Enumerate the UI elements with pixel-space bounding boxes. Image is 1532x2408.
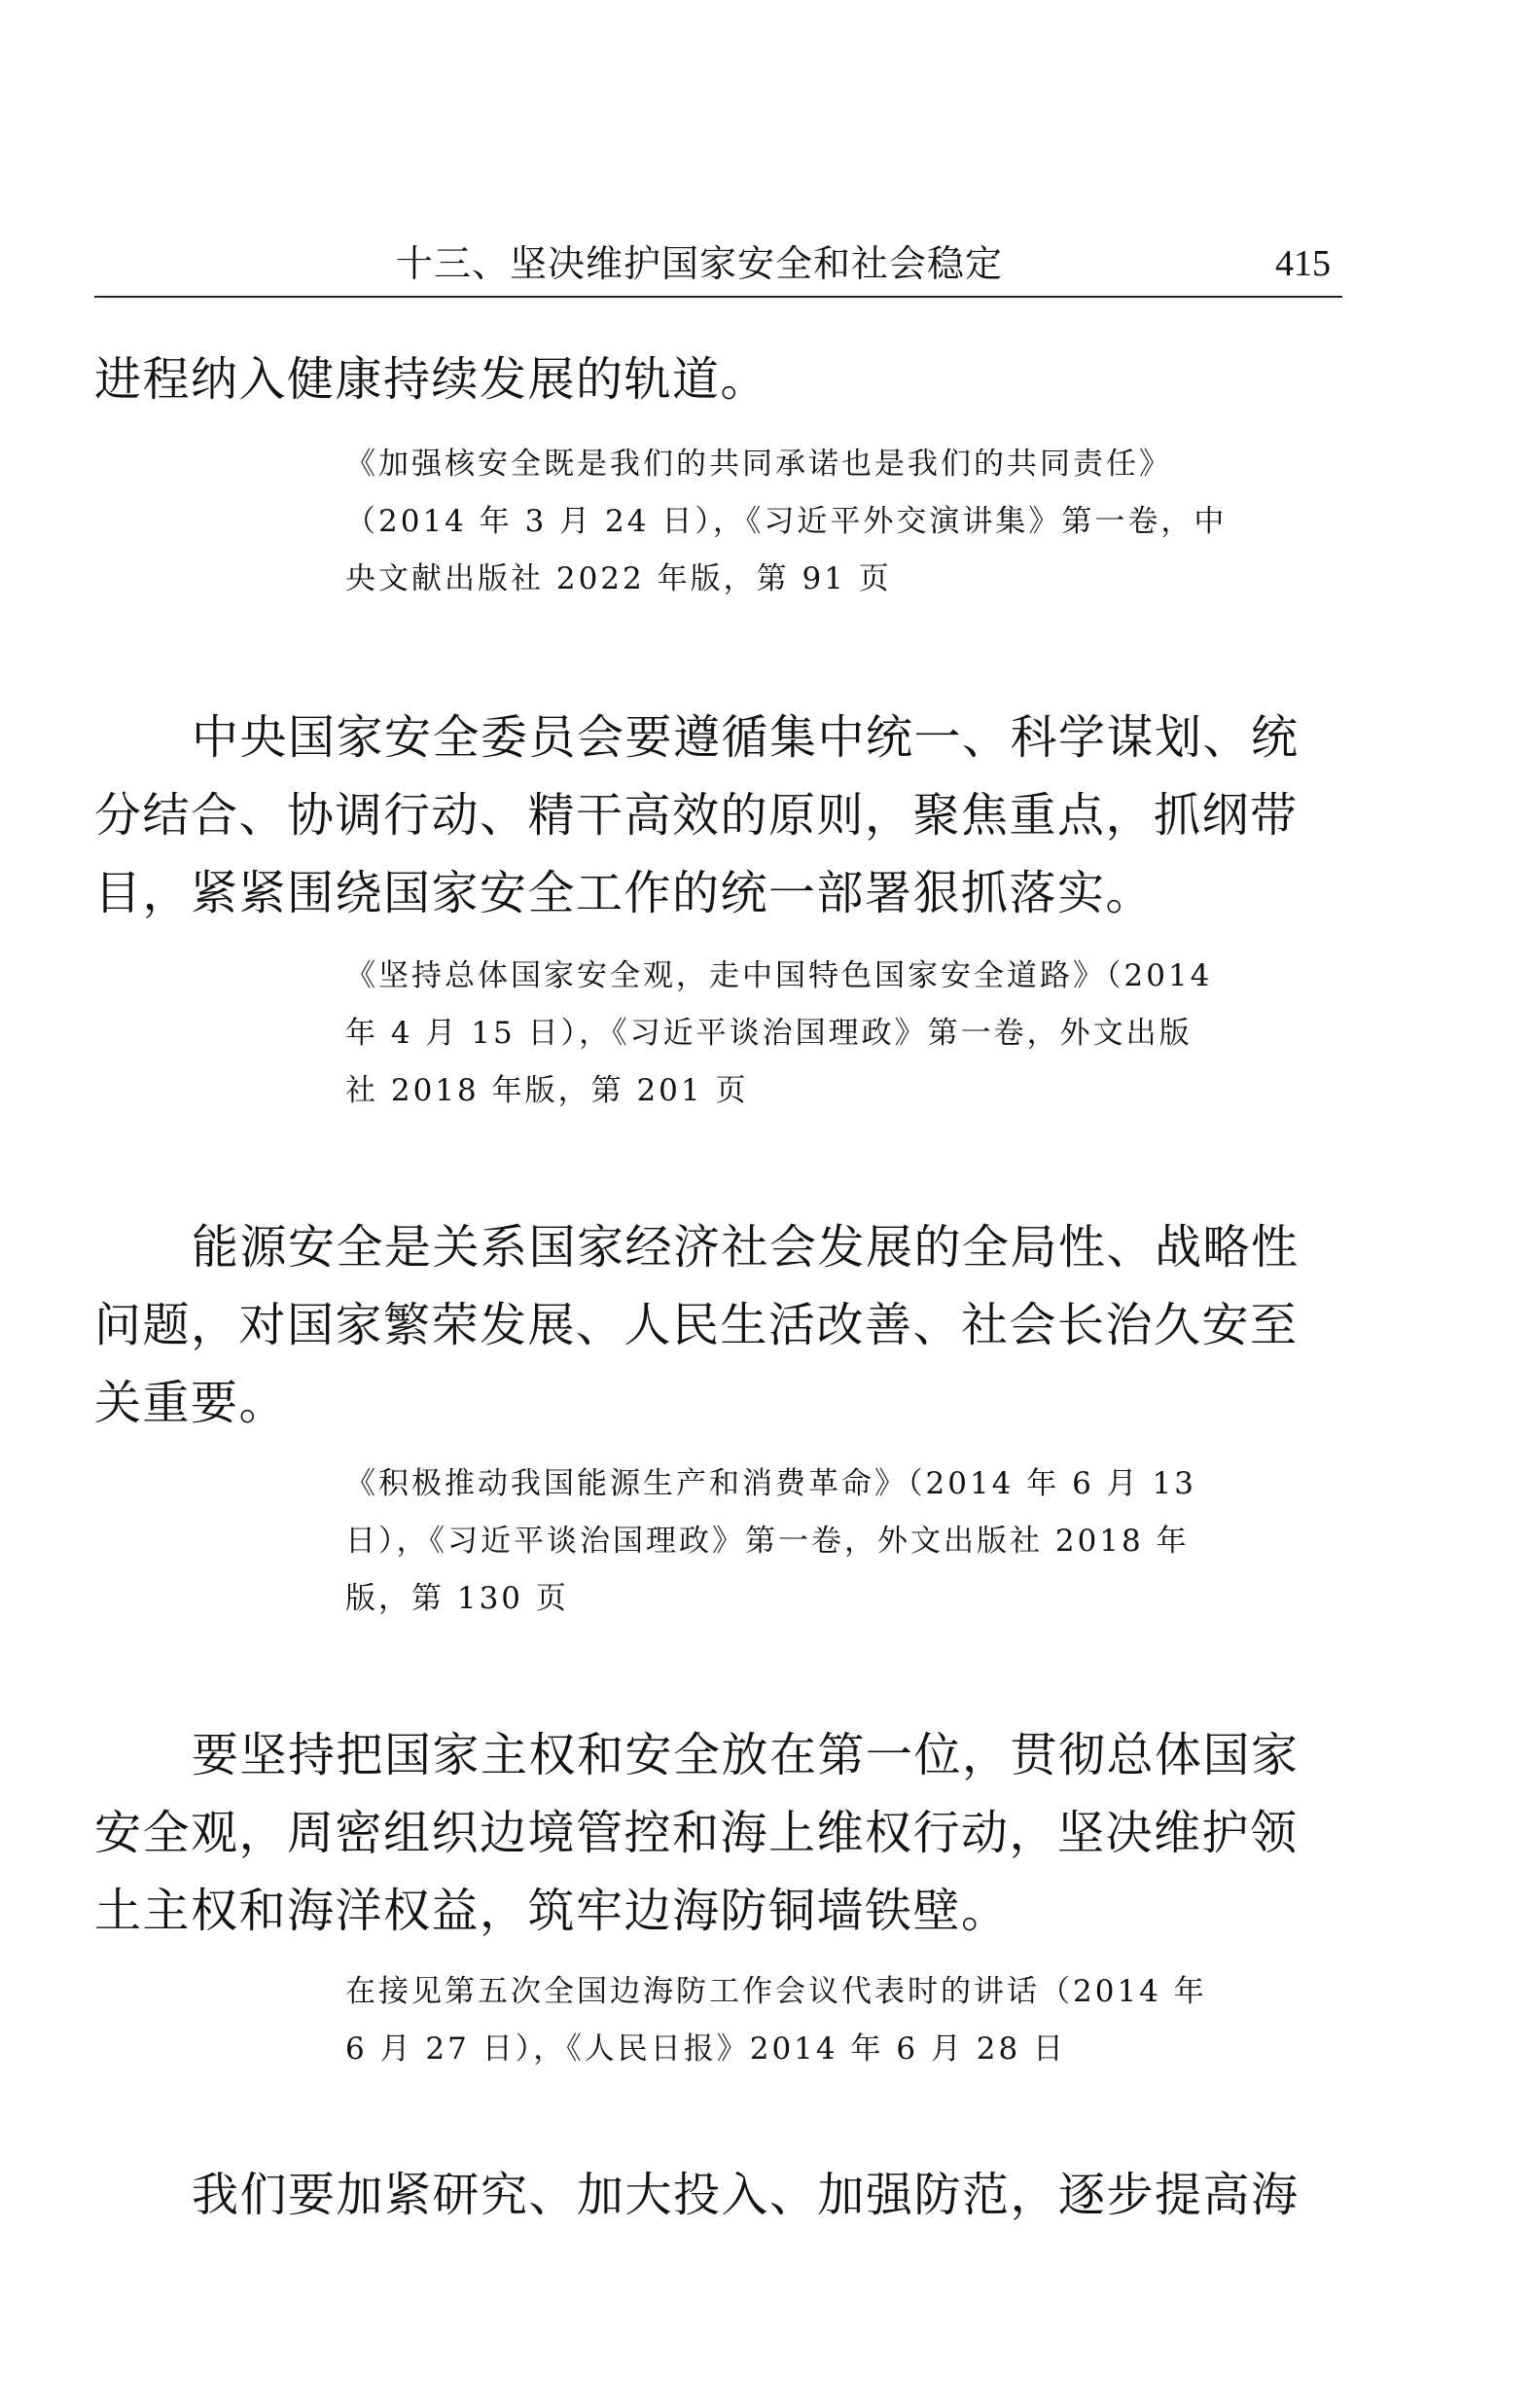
header-rule bbox=[94, 296, 1342, 298]
paragraph-line: 能源安全是关系国家经济社会发展的全局性、战略性 bbox=[192, 1218, 1300, 1276]
paragraph-line: 中央国家安全委员会要遵循集中统一、科学谋划、统 bbox=[192, 708, 1300, 767]
paragraph-line: 问题，对国家繁荣发展、人民生活改善、社会长治久安至 bbox=[94, 1296, 1299, 1354]
source-citation-line: 日），《习近平谈治国理政》第一卷，外文出版社 2018 年 bbox=[345, 1515, 1342, 1567]
book-page: 十三、坚决维护国家安全和社会稳定 415 进程纳入健康持续发展的轨道。 《加强核… bbox=[94, 0, 1342, 2408]
source-citation-line: （2014 年 3 月 24 日），《习近平外交演讲集》第一卷，中 bbox=[345, 495, 1342, 548]
paragraph-line: 分结合、协调行动、精干高效的原则，聚焦重点，抓纲带 bbox=[94, 786, 1299, 845]
running-header: 十三、坚决维护国家安全和社会稳定 415 bbox=[94, 239, 1342, 298]
paragraph-line: 进程纳入健康持续发展的轨道。 bbox=[94, 350, 768, 409]
source-citation-line: 版，第 130 页 bbox=[345, 1572, 1342, 1625]
chapter-title: 十三、坚决维护国家安全和社会稳定 bbox=[396, 239, 1003, 288]
source-citation-line: 央文献出版社 2022 年版，第 91 页 bbox=[345, 553, 1342, 605]
paragraph-line: 土主权和海洋权益，筑牢边海防铜墙铁壁。 bbox=[94, 1882, 1010, 1940]
paragraph-line: 要坚持把国家主权和安全放在第一位，贯彻总体国家 bbox=[192, 1726, 1300, 1784]
paragraph-line: 关重要。 bbox=[94, 1374, 287, 1432]
source-citation-line: 6 月 27 日），《人民日报》2014 年 6 月 28 日 bbox=[345, 2023, 1342, 2075]
source-citation-line: 《坚持总体国家安全观，走中国特色国家安全道路》（2014 bbox=[345, 950, 1342, 1002]
paragraph-line: 我们要加紧研究、加大投入、加强防范，逐步提高海 bbox=[192, 2166, 1300, 2224]
paragraph-line: 目，紧紧围绕国家安全工作的统一部署狠抓落实。 bbox=[94, 864, 1154, 922]
source-citation-line: 社 2018 年版，第 201 页 bbox=[345, 1064, 1342, 1117]
paragraph-line: 安全观，周密组织边境管控和海上维权行动，坚决维护领 bbox=[94, 1804, 1299, 1862]
source-citation-line: 《积极推动我国能源生产和消费革命》（2014 年 6 月 13 bbox=[345, 1457, 1342, 1510]
source-citation-line: 《加强核安全既是我们的共同承诺也是我们的共同责任》 bbox=[345, 438, 1342, 490]
page-number: 415 bbox=[1275, 239, 1331, 288]
source-citation-line: 年 4 月 15 日），《习近平谈治国理政》第一卷，外文出版 bbox=[345, 1007, 1342, 1060]
source-citation-line: 在接见第五次全国边海防工作会议代表时的讲话（2014 年 bbox=[345, 1965, 1342, 2018]
